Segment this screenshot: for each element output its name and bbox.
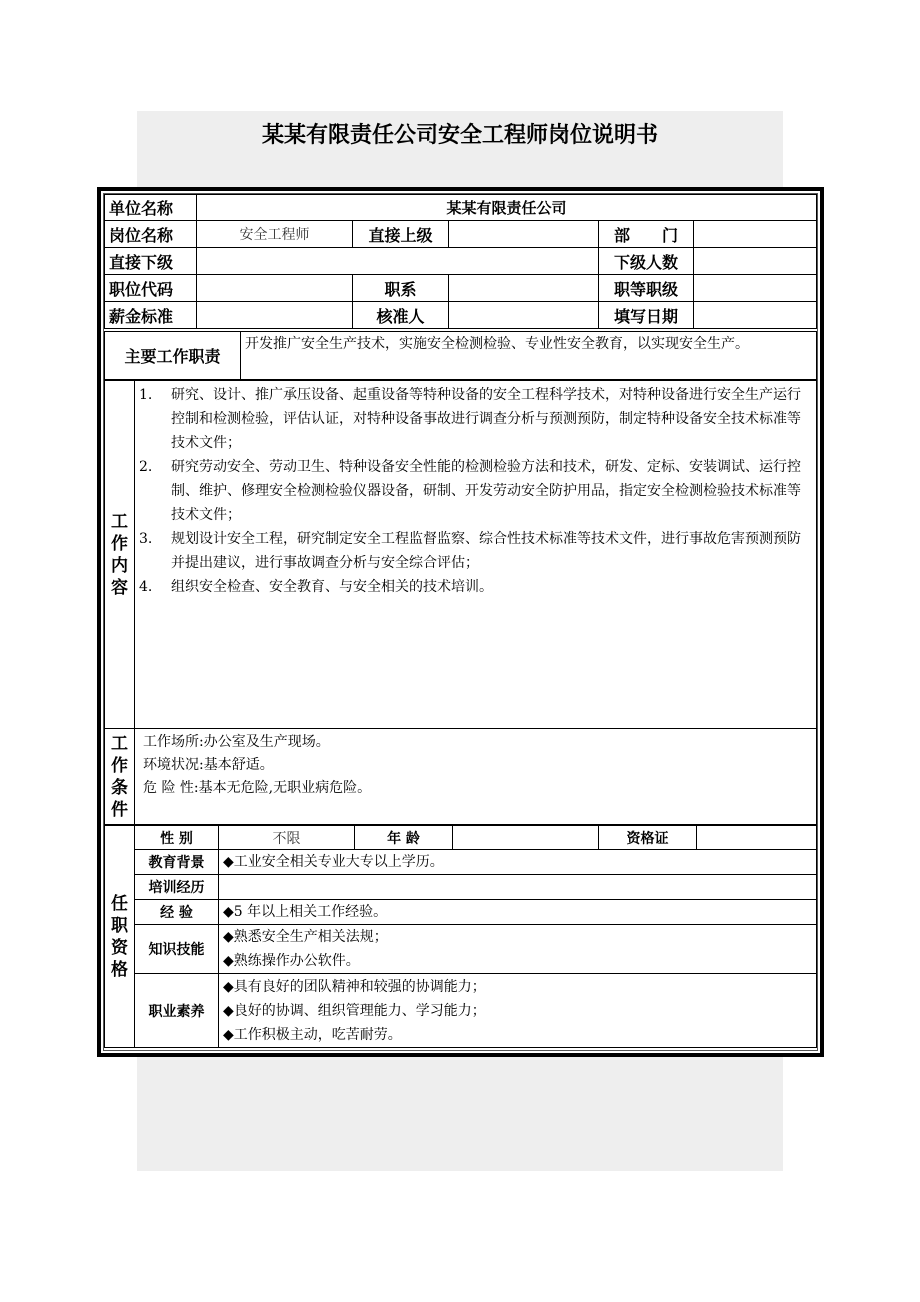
row-direct-subordinate: 直接下级 下级人数 <box>105 248 817 275</box>
row-education: 教育背景 ◆工业安全相关专业大专以上学历。 <box>105 850 817 875</box>
job-family-value <box>449 275 599 302</box>
work-content-item: 1.研究、设计、推广承压设备、起重设备等特种设备的安全工程科学技术，对特种设备进… <box>139 383 812 455</box>
skills-label: 知识技能 <box>135 925 219 974</box>
work-content-list: 1.研究、设计、推广承压设备、起重设备等特种设备的安全工程科学技术，对特种设备进… <box>135 381 816 599</box>
unit-name-label: 单位名称 <box>105 195 197 221</box>
row-skills: 知识技能 ◆熟悉安全生产相关法规； ◆熟练操作办公软件。 <box>105 925 817 974</box>
education-value: ◆工业安全相关专业大专以上学历。 <box>219 850 817 875</box>
row-training: 培训经历 <box>105 875 817 900</box>
row-position-name: 岗位名称 安全工程师 直接上级 部 门 <box>105 221 817 248</box>
work-conditions-line: 环境状况:基本舒适。 <box>143 754 808 777</box>
gender-value: 不限 <box>219 826 355 850</box>
work-content-item: 4.组织安全检查、安全教育、与安全相关的技术培训。 <box>139 575 812 599</box>
unit-name-value: 某某有限责任公司 <box>197 195 817 221</box>
position-name-value: 安全工程师 <box>197 221 353 248</box>
form-inner-border: 单位名称 某某有限责任公司 岗位名称 安全工程师 直接上级 部 门 直接下级 下… <box>103 193 818 1051</box>
fill-date-value <box>694 302 817 329</box>
position-code-value <box>197 275 353 302</box>
main-duty-table: 主要工作职责 开发推广安全生产技术，实施安全检测检验、专业性安全教育，以实现安全… <box>104 331 817 380</box>
row-position-code: 职位代码 职系 职等职级 <box>105 275 817 302</box>
professionalism-label: 职业素养 <box>135 974 219 1048</box>
work-content-item: 3.规划设计安全工程，研究制定安全工程监督监察、综合性技术标准等技术文件，进行事… <box>139 527 812 575</box>
work-conditions-line: 危 险 性:基本无危险,无职业病危险。 <box>143 777 808 800</box>
row-main-duty: 主要工作职责 开发推广安全生产技术，实施安全检测检验、专业性安全教育，以实现安全… <box>105 332 817 380</box>
department-label: 部 门 <box>599 221 694 248</box>
job-family-label: 职系 <box>353 275 449 302</box>
certificate-label: 资格证 <box>599 826 697 850</box>
position-code-label: 职位代码 <box>105 275 197 302</box>
salary-standard-value <box>197 302 353 329</box>
professionalism-value: ◆具有良好的团队精神和较强的协调能力； ◆良好的协调、组织管理能力、学习能力； … <box>219 974 817 1048</box>
approver-value <box>449 302 599 329</box>
work-conditions-label: 工作条件 <box>105 729 135 825</box>
job-grade-value <box>694 275 817 302</box>
job-description-form: 单位名称 某某有限责任公司 岗位名称 安全工程师 直接上级 部 门 直接下级 下… <box>97 187 824 1057</box>
qualifications-label: 任职资格 <box>105 826 135 1048</box>
row-experience: 经 验 ◆5 年以上相关工作经验。 <box>105 900 817 925</box>
row-work-conditions: 工作条件 工作场所:办公室及生产现场。 环境状况:基本舒适。 危 险 性:基本无… <box>105 729 817 825</box>
work-content-label: 工作内容 <box>105 381 135 729</box>
direct-subordinate-value <box>197 248 599 275</box>
education-label: 教育背景 <box>135 850 219 875</box>
training-label: 培训经历 <box>135 875 219 900</box>
qualifications-table: 任职资格 性 别 不限 年 龄 资格证 教育背景 ◆工业安全相关专业大专以上学历… <box>104 825 817 1048</box>
subordinate-count-label: 下级人数 <box>599 248 694 275</box>
subordinate-count-value <box>694 248 817 275</box>
work-conditions-line: 工作场所:办公室及生产现场。 <box>143 731 808 754</box>
work-table: 工作内容 1.研究、设计、推广承压设备、起重设备等特种设备的安全工程科学技术，对… <box>104 380 817 825</box>
job-grade-label: 职等职级 <box>599 275 694 302</box>
experience-value: ◆5 年以上相关工作经验。 <box>219 900 817 925</box>
age-value <box>453 826 599 850</box>
main-duty-label: 主要工作职责 <box>105 332 241 380</box>
salary-standard-label: 薪金标准 <box>105 302 197 329</box>
approver-label: 核准人 <box>353 302 449 329</box>
row-gender-age: 任职资格 性 别 不限 年 龄 资格证 <box>105 826 817 850</box>
work-content-cell: 1.研究、设计、推广承压设备、起重设备等特种设备的安全工程科学技术，对特种设备进… <box>135 381 817 729</box>
gender-label: 性 别 <box>135 826 219 850</box>
age-label: 年 龄 <box>355 826 453 850</box>
position-name-label: 岗位名称 <box>105 221 197 248</box>
row-unit-name: 单位名称 某某有限责任公司 <box>105 195 817 221</box>
direct-superior-label: 直接上级 <box>353 221 449 248</box>
fill-date-label: 填写日期 <box>599 302 694 329</box>
work-conditions-cell: 工作场所:办公室及生产现场。 环境状况:基本舒适。 危 险 性:基本无危险,无职… <box>135 729 817 825</box>
experience-label: 经 验 <box>135 900 219 925</box>
document-title: 某某有限责任公司安全工程师岗位说明书 <box>137 118 783 149</box>
training-value <box>219 875 817 900</box>
department-value <box>694 221 817 248</box>
work-content-item: 2.研究劳动安全、劳动卫生、特种设备安全性能的检测检验方法和技术，研发、定标、安… <box>139 455 812 527</box>
basic-info-table: 单位名称 某某有限责任公司 岗位名称 安全工程师 直接上级 部 门 直接下级 下… <box>104 194 817 329</box>
skills-value: ◆熟悉安全生产相关法规； ◆熟练操作办公软件。 <box>219 925 817 974</box>
direct-subordinate-label: 直接下级 <box>105 248 197 275</box>
row-salary-standard: 薪金标准 核准人 填写日期 <box>105 302 817 329</box>
direct-superior-value <box>449 221 599 248</box>
certificate-value <box>697 826 817 850</box>
row-professionalism: 职业素养 ◆具有良好的团队精神和较强的协调能力； ◆良好的协调、组织管理能力、学… <box>105 974 817 1048</box>
row-work-content: 工作内容 1.研究、设计、推广承压设备、起重设备等特种设备的安全工程科学技术，对… <box>105 381 817 729</box>
main-duty-text: 开发推广安全生产技术，实施安全检测检验、专业性安全教育，以实现安全生产。 <box>241 332 817 380</box>
